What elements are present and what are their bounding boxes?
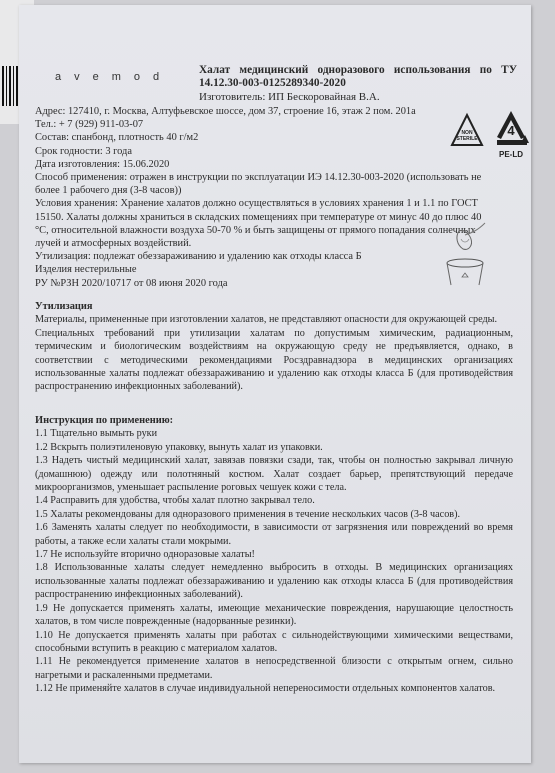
- instruction-item: 1.4 Расправить для удобства, чтобы халат…: [35, 494, 513, 507]
- instruction-item: 1.2 Вскрыть полиэтиленовую упаковку, вын…: [35, 441, 513, 454]
- recycle-pe-ld-icon: 4 PE-LD: [497, 111, 529, 159]
- instruction-item: 1.7 Не используйте вторично одноразовые …: [35, 548, 513, 561]
- instruction-item: 1.1 Тщательно вымыть руки: [35, 427, 513, 440]
- instruction-item: 1.12 Не применяйте халатов в случае инди…: [35, 682, 513, 695]
- phone: Тел.: + 7 (929) 911-03-07: [35, 118, 505, 131]
- instruction-item: 1.5 Халаты рекомендованы для одноразовог…: [35, 508, 513, 521]
- utilization-paragraph: Материалы, примененные при изготовлении …: [35, 313, 513, 326]
- non-sterile-icon: NON STERILE: [452, 115, 482, 145]
- instructions-heading: Инструкция по применению:: [35, 414, 513, 427]
- utilization-section: Утилизация Материалы, примененные при из…: [35, 300, 513, 394]
- utilization-paragraph: Специальных требований при утилизации ха…: [35, 327, 513, 394]
- svg-text:4: 4: [507, 123, 515, 138]
- instruction-item: 1.11 Не рекомендуется применение халатов…: [35, 655, 513, 682]
- shelf-life: Срок годности: 3 года: [35, 145, 505, 158]
- instruction-item: 1.6 Заменять халаты следует по необходим…: [35, 521, 513, 548]
- disposal-note: Утилизация: подлежат обеззараживанию и у…: [35, 250, 505, 263]
- sterility-note: Изделия нестерильные: [35, 263, 505, 276]
- product-spec-number: 14.12.30-003-0125289340-2020: [199, 77, 346, 89]
- product-info: Адрес: 127410, г. Москва, Алтуфьевское ш…: [35, 105, 505, 290]
- svg-text:STERILE: STERILE: [456, 136, 478, 142]
- instruction-item: 1.3 Надеть чистый медицинский халат, зав…: [35, 454, 513, 494]
- instructions-section: Инструкция по применению: 1.1 Тщательно …: [35, 414, 513, 696]
- manufacturer: Изготовитель: ИП Бескоровайная В.А.: [199, 91, 380, 103]
- svg-text:PE-LD: PE-LD: [499, 150, 523, 159]
- manufacture-date: Дата изготовления: 15.06.2020: [35, 158, 505, 171]
- brand-logo: avemod: [55, 71, 172, 83]
- product-title: Халат медицинский одноразового использов…: [199, 64, 517, 77]
- address: Адрес: 127410, г. Москва, Алтуфьевское ш…: [35, 105, 415, 118]
- utilization-heading: Утилизация: [35, 300, 513, 313]
- instruction-item: 1.9 Не допускается применять халаты, име…: [35, 602, 513, 629]
- composition: Состав: спанбонд, плотность 40 г/м2: [35, 131, 505, 144]
- instruction-item: 1.10 Не допускается применять халаты при…: [35, 629, 513, 656]
- label-icons: NON STERILE 4 PE-LD: [449, 105, 531, 170]
- product-label-sheet: avemod Халат медицинский одноразового ис…: [19, 5, 531, 763]
- storage-conditions: Условия хранения: Хранение халатов должн…: [35, 197, 495, 250]
- registration-number: РУ №РЗН 2020/10717 от 08 июня 2020 года: [35, 277, 505, 290]
- barcode-fragment: [2, 66, 18, 106]
- dispose-in-bin-icon: [441, 217, 497, 294]
- instruction-item: 1.8 Использованные халаты следует немедл…: [35, 561, 513, 601]
- usage-method: Способ применения: отражен в инструкции …: [35, 171, 495, 197]
